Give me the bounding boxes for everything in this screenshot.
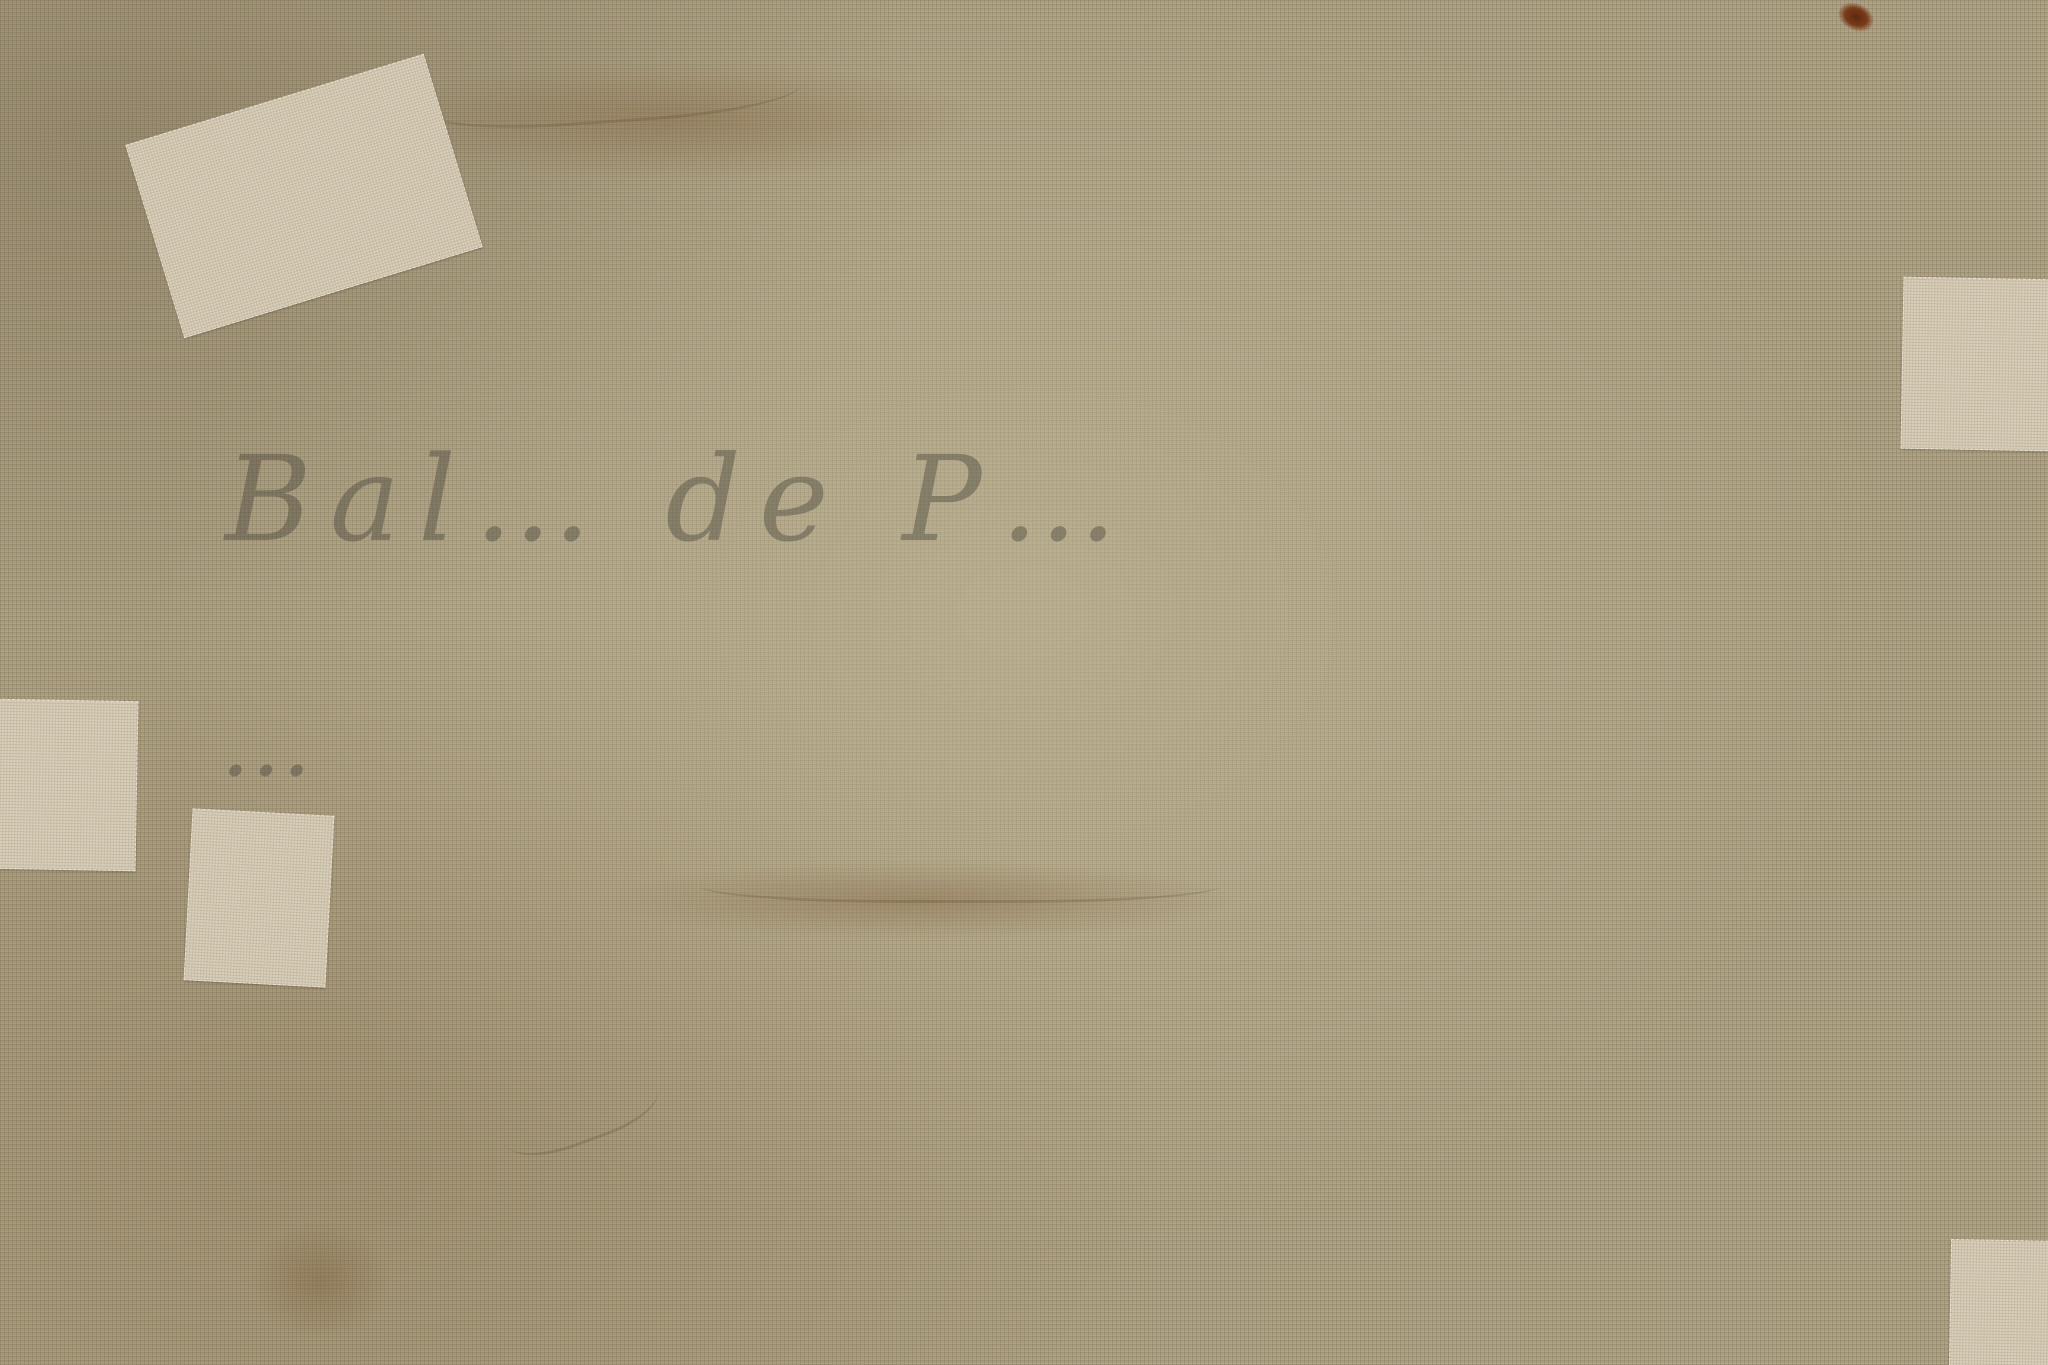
pencil-inscription-line-1: Bal… de P… bbox=[225, 430, 1136, 568]
pencil-stroke bbox=[494, 1055, 666, 1169]
tape-patch-top-left bbox=[125, 54, 482, 338]
stain-bottom-left bbox=[250, 1220, 390, 1340]
canvas-back: Bal… de P… … bbox=[0, 0, 2048, 1365]
pencil-stroke bbox=[700, 860, 1220, 903]
rust-mark bbox=[1834, 0, 1878, 36]
tape-patch-bottom-right bbox=[1949, 1239, 2048, 1365]
pencil-inscription-line-2: … bbox=[220, 690, 334, 797]
tape-patch-right-upper bbox=[1901, 277, 2048, 452]
tape-patch-left-lower bbox=[184, 808, 335, 987]
tape-patch-left-middle bbox=[0, 699, 138, 871]
